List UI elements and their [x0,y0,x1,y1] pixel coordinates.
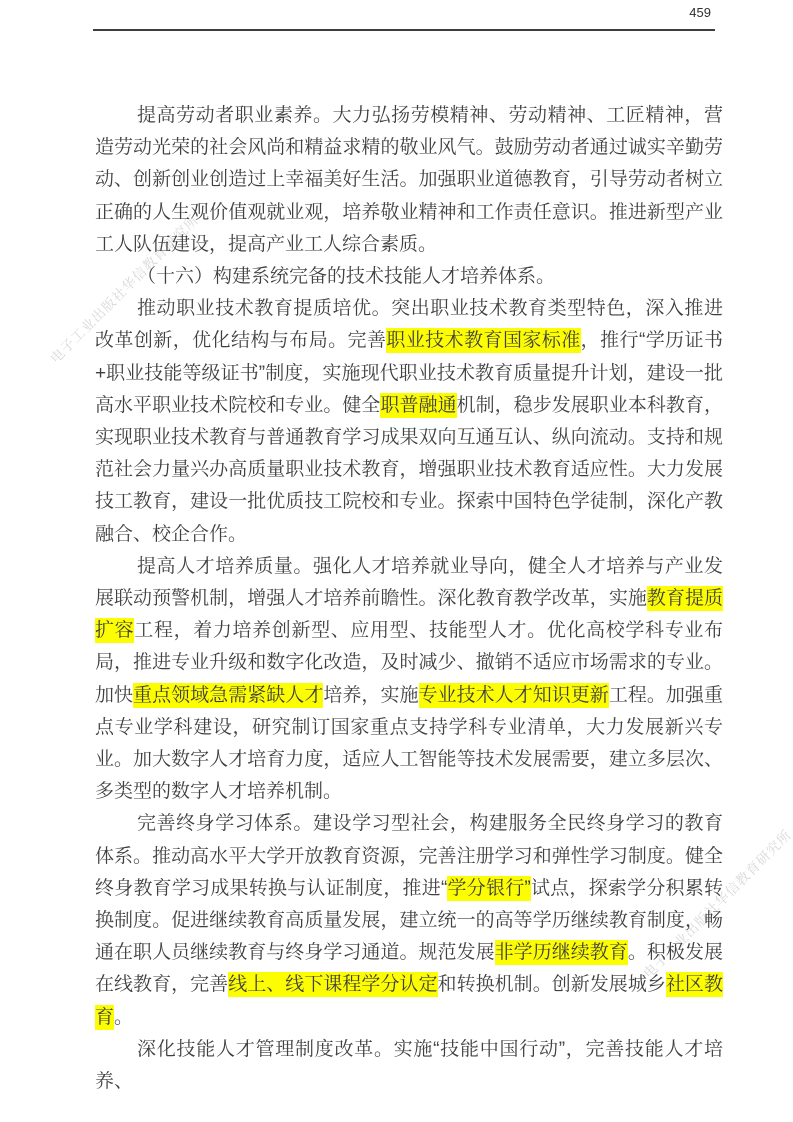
highlighted-text: 职普融通 [380,393,456,418]
text-run: 提高人才培养质量。强化人才培养就业导向，健全人才培养与产业发展联动预警机制，增强… [95,556,723,609]
highlighted-text: 重点领域急需紧缺人才 [133,683,323,708]
paragraph: 深化技能人才管理制度改革。实施“技能中国行动”，完善技能人才培养、 [95,1034,723,1098]
text-run: 和转换机制。创新发展城乡 [438,974,666,995]
highlighted-text: 线上、线下课程学分认定 [228,972,437,997]
paragraph: 完善终身学习体系。建设学习型社会，构建服务全民终身学习的教育体系。推动高水平大学… [95,808,723,1033]
document-page: 459 电子工业出版社华信教育研究所 电子工业出版社华信教育研究所 提高劳动者职… [0,0,793,1122]
text-run: 培养，实施 [323,685,418,706]
highlighted-text: 学分银行” [447,876,530,901]
highlighted-text: 专业技术人才知识更新 [419,683,609,708]
text-run: 。 [114,1007,133,1028]
page-number: 459 [689,5,711,20]
header-rule [93,29,715,31]
text-run: 深化技能人才管理制度改革。实施“技能中国行动”，完善技能人才培养、 [95,1039,723,1092]
paragraph: （十六）构建系统完备的技术技能人才培养体系。 [95,261,723,293]
paragraph: 推动职业技术教育提质培优。突出职业技术教育类型特色，深入推进改革创新，优化结构与… [95,293,723,551]
document-body: 提高劳动者职业素养。大力弘扬劳模精神、劳动精神、工匠精神，营造劳动光荣的社会风尚… [95,100,723,1098]
text-run: 提高劳动者职业素养。大力弘扬劳模精神、劳动精神、工匠精神，营造劳动光荣的社会风尚… [95,105,723,255]
highlighted-text: 非学历继续教育 [495,940,628,965]
highlighted-text: 职业技术教育国家标准 [386,328,580,353]
paragraph: 提高人才培养质量。强化人才培养就业导向，健全人才培养与产业发展联动预警机制，增强… [95,551,723,809]
paragraph: 提高劳动者职业素养。大力弘扬劳模精神、劳动精神、工匠精神，营造劳动光荣的社会风尚… [95,100,723,261]
text-run: （十六）构建系统完备的技术技能人才培养体系。 [137,266,555,287]
